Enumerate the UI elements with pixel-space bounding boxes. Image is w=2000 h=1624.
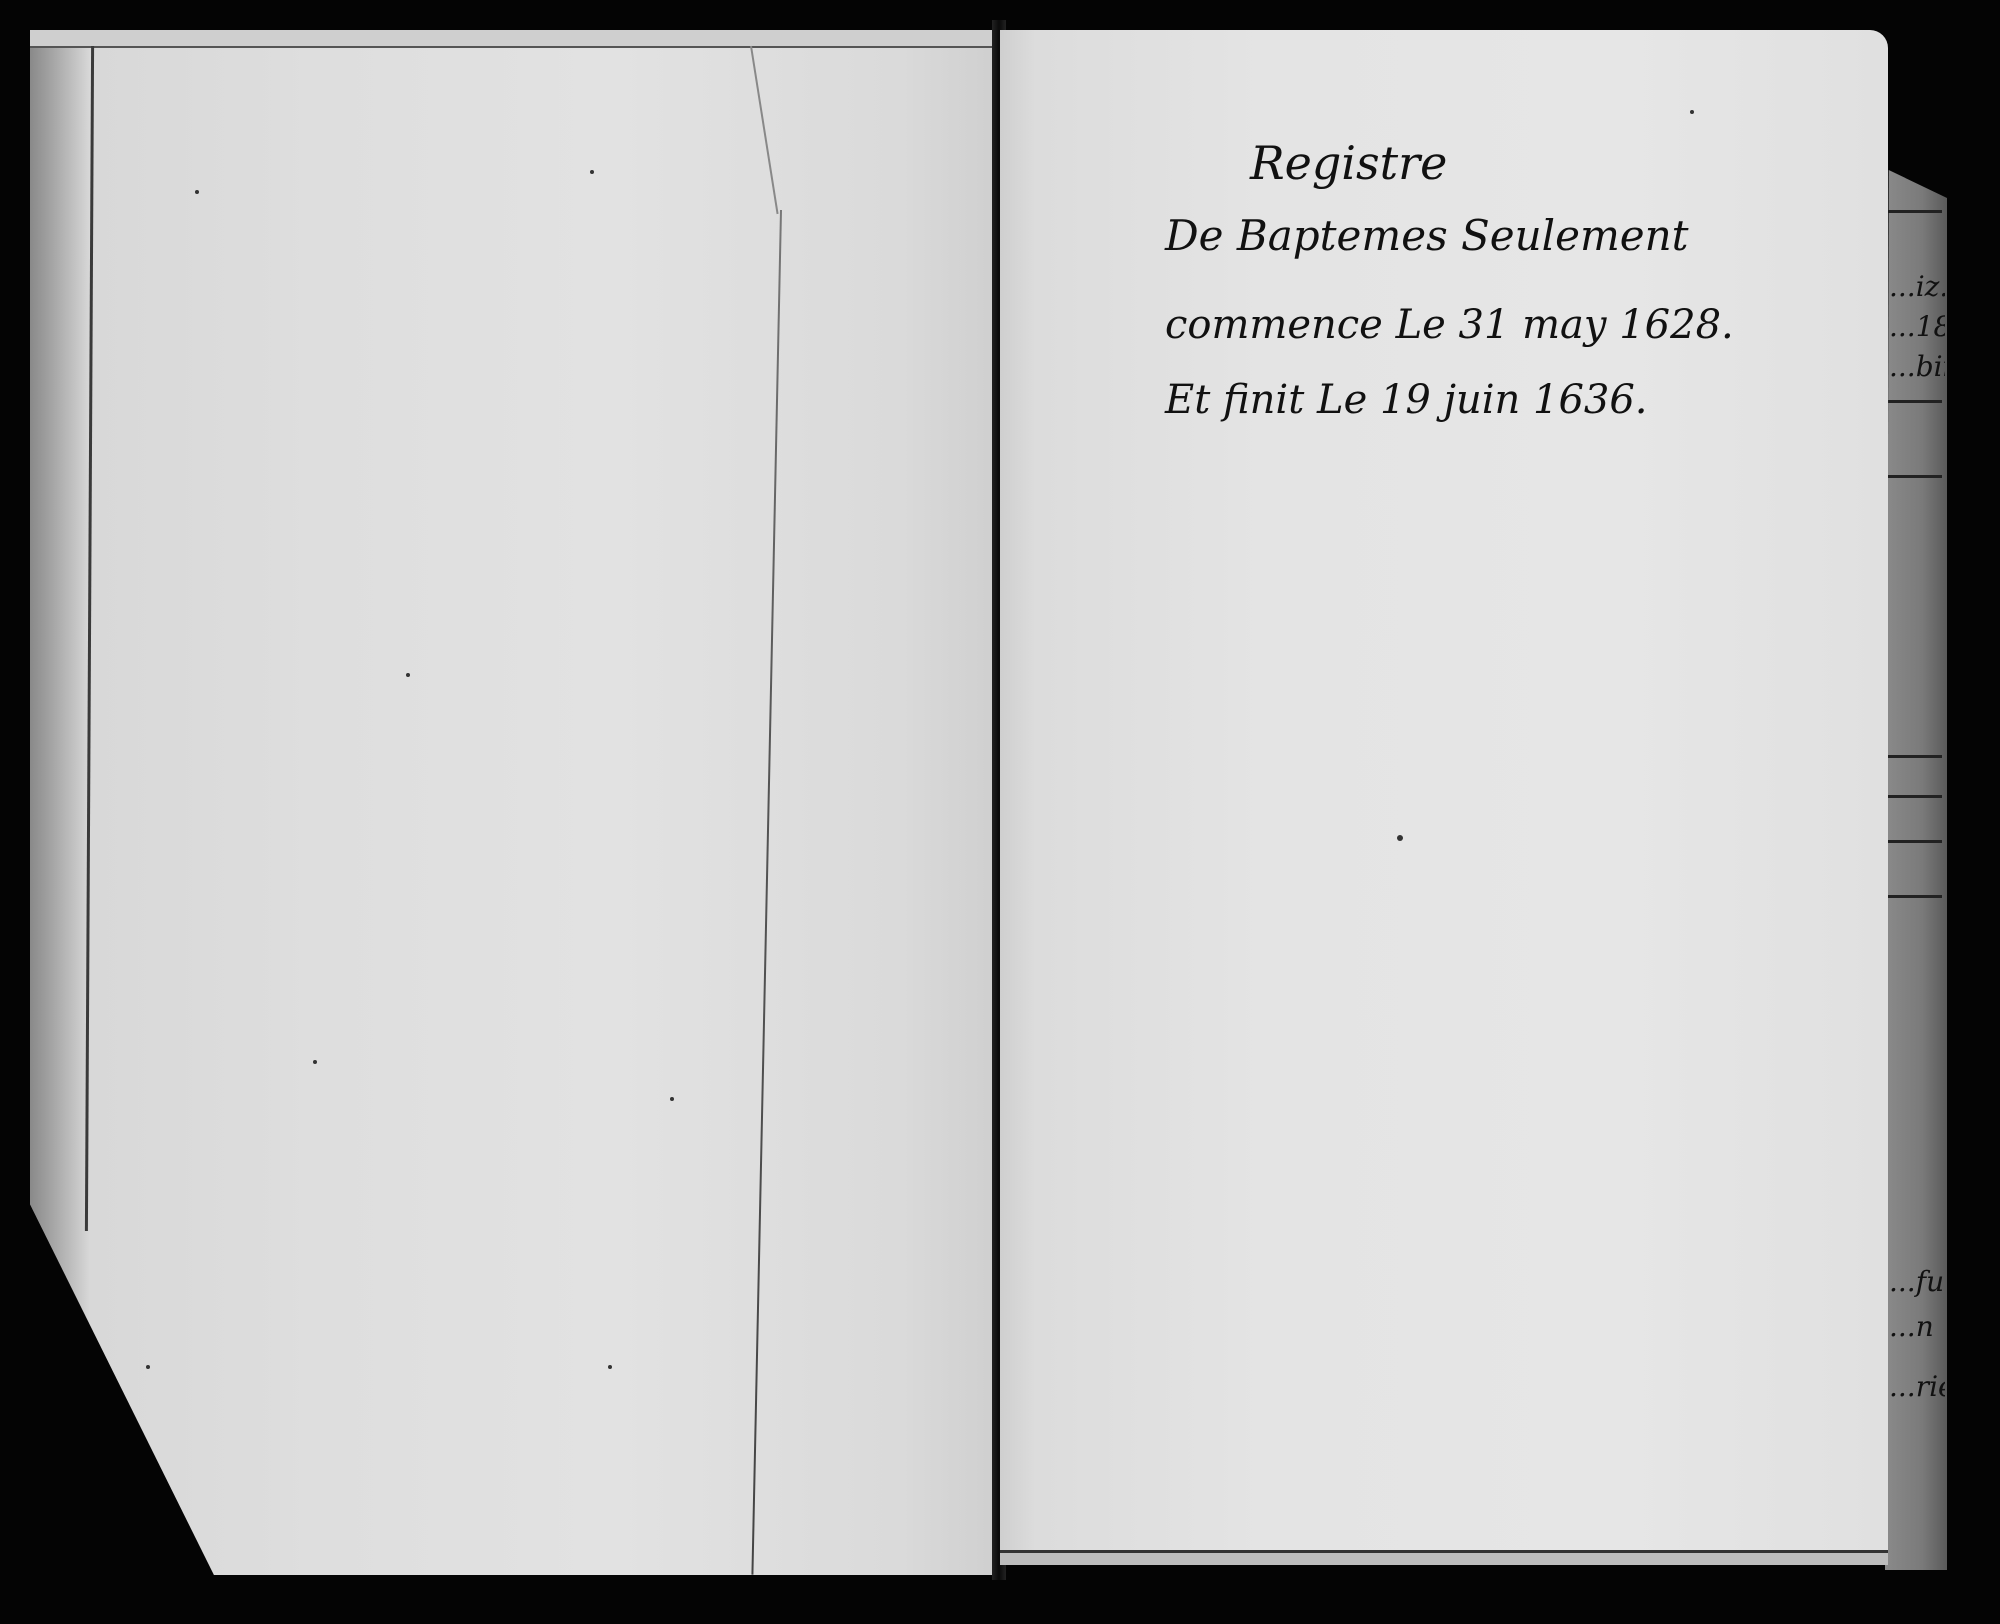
title-subheading: De Baptemes Seulement (1165, 215, 1689, 257)
edge-text-fragment: ...bii... (1889, 350, 1945, 383)
ruled-line (1887, 755, 1942, 758)
left-page (30, 30, 998, 1575)
edge-text-fragment: ...fut... (1889, 1265, 1945, 1298)
edge-text-fragment: ...riend... (1889, 1370, 1945, 1403)
ruled-line (1887, 475, 1942, 478)
ink-speck (670, 1097, 674, 1101)
edge-text-fragment: ...n (1889, 1310, 1945, 1343)
page-bottom-edge (1000, 1550, 1888, 1565)
ruled-line (1887, 895, 1942, 898)
ink-speck (146, 1365, 150, 1369)
ruled-line (1887, 210, 1942, 213)
ruled-line (1887, 840, 1942, 843)
ink-speck (590, 170, 594, 174)
ink-speck (1397, 835, 1403, 841)
title-heading: Registre (1250, 140, 1447, 186)
right-page: Registre De Baptemes Seulement commence … (1000, 30, 1888, 1565)
ink-speck (608, 1365, 612, 1369)
adjacent-page-edge: ...iz... ...18... ...bii... ...fut... ..… (1885, 170, 1947, 1570)
ink-speck (1690, 110, 1694, 114)
ruled-line (1887, 400, 1942, 403)
start-date-line: commence Le 31 may 1628. (1165, 305, 1734, 345)
ruled-line (1887, 795, 1942, 798)
ink-speck (406, 673, 410, 677)
edge-text-fragment: ...18... (1889, 310, 1945, 343)
top-fold (30, 30, 998, 48)
end-date-line: Et finit Le 19 juin 1636. (1165, 380, 1648, 420)
edge-text-fragment: ...iz... (1889, 270, 1945, 303)
ink-speck (313, 1060, 317, 1064)
ink-speck (195, 190, 199, 194)
fold-crease (750, 46, 779, 214)
fold-crease (751, 210, 782, 1575)
